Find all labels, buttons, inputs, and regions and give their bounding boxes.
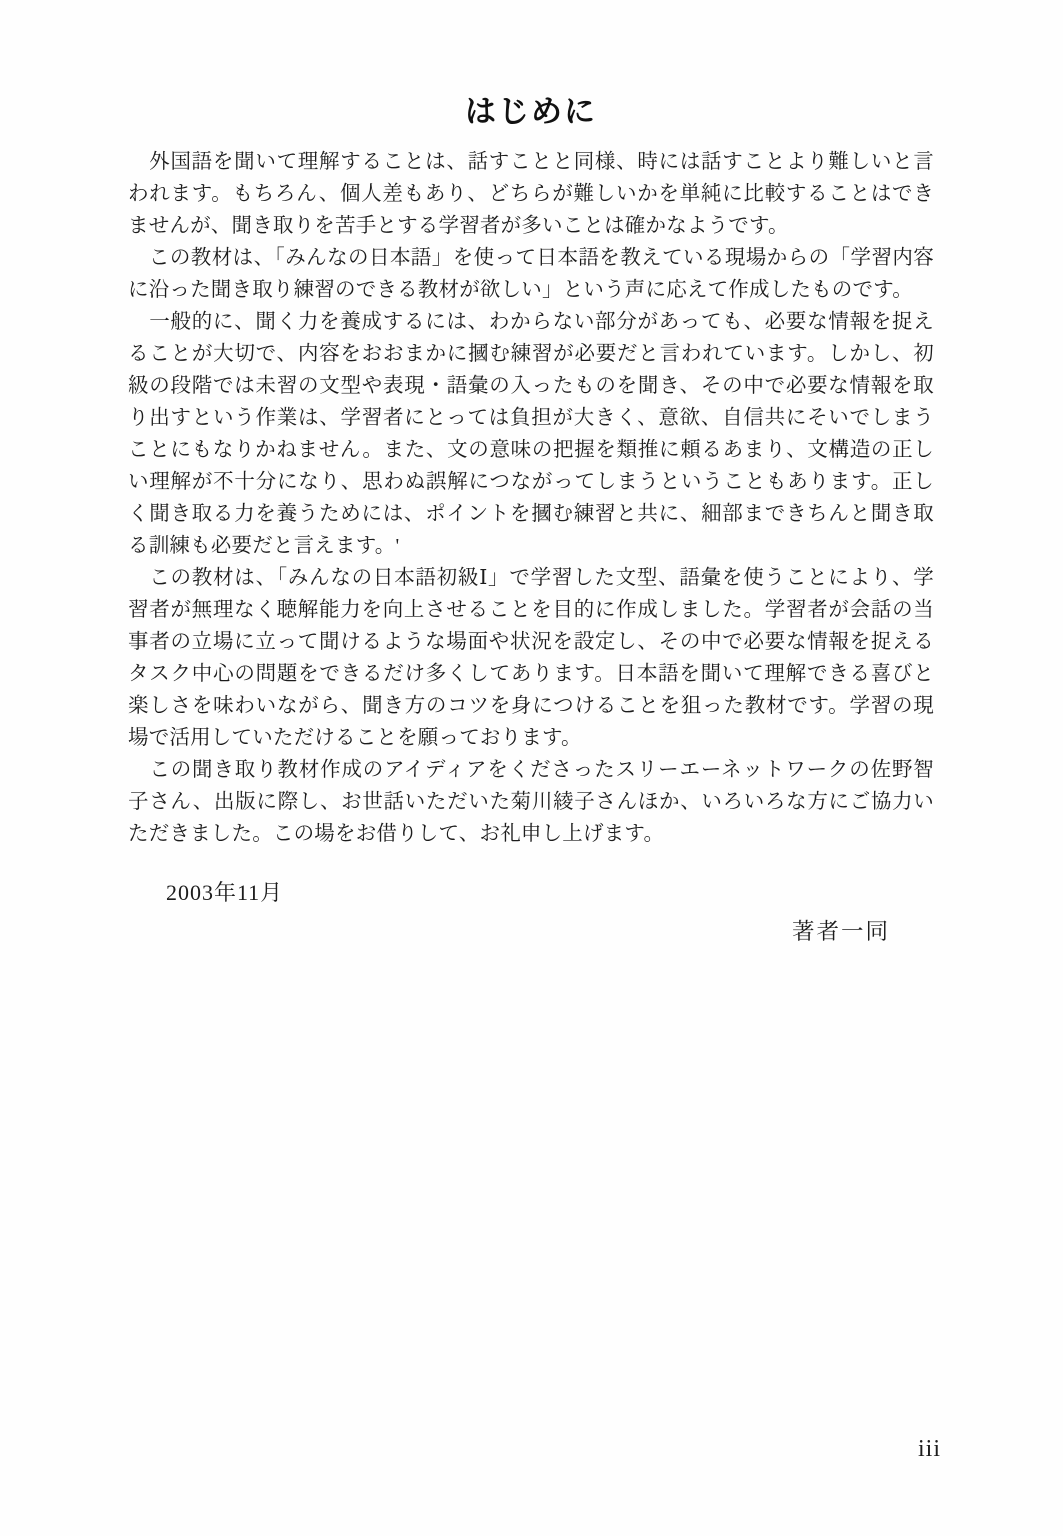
text-line: に沿った聞き取り練習のできる教材が欲しい」という声に応えて作成したものです。 [128,274,934,306]
text-line: タスク中心の問題をできるだけ多くしてあります。日本語を聞いて理解できる喜びと [128,658,934,690]
text-line: 楽しさを味わいながら、聞き方のコツを身につけることを狙った教材です。学習の現 [128,690,934,722]
text-line: 習者が無理なく聴解能力を向上させることを目的に作成しました。学習者が会話の当 [128,594,934,626]
text-line: ただきました。この場をお借りして、お礼申し上げます。 [128,818,934,850]
text-line: ませんが、聞き取りを苦手とする学習者が多いことは確かなようです。 [128,210,934,242]
preface-page: はじめに 外国語を聞いて理解することは、話すことと同様、時には話すことより難しい… [0,0,1063,1536]
text-line: この聞き取り教材作成のアイディアをくださったスリーエーネットワークの佐野智 [128,754,934,786]
text-line: る訓練も必要だと言えます。' [128,530,934,562]
text-line: ことにもなりかねません。また、文の意味の把握を類推に頼るあまり、文構造の正し [128,434,934,466]
text-line: 外国語を聞いて理解することは、話すことと同様、時には話すことより難しいと言 [128,146,934,178]
text-line: 一般的に、聞く力を養成するには、わからない部分があっても、必要な情報を捉え [128,306,934,338]
page-number: iii [918,1436,941,1463]
text-line: ることが大切で、内容をおおまかに摑む練習が必要だと言われています。しかし、初 [128,338,934,370]
text-line: い理解が不十分になり、思わぬ誤解につながってしまうということもあります。正し [128,466,934,498]
preface-body: 外国語を聞いて理解することは、話すことと同様、時には話すことより難しいと言われま… [128,146,934,850]
page-title: はじめに [128,86,934,131]
text-line: この教材は、「みんなの日本語初級Ⅰ」で学習した文型、語彙を使うことにより、学 [128,562,934,594]
text-line: り出すという作業は、学習者にとっては負担が大きく、意欲、自信共にそいでしまう [128,402,934,434]
text-line: この教材は、「みんなの日本語」を使って日本語を教えている現場からの「学習内容 [128,242,934,274]
text-line: 級の段階では未習の文型や表現・語彙の入ったものを聞き、その中で必要な情報を取 [128,370,934,402]
text-line: 子さん、出版に際し、お世話いただいた菊川綾子さんほか、いろいろな方にご協力い [128,786,934,818]
text-line: く聞き取る力を養うためには、ポイントを摑む練習と共に、細部まできちんと聞き取 [128,498,934,530]
author-signature: 著者一同 [792,914,890,946]
text-line: われます。もちろん、個人差もあり、どちらが難しいかを単純に比較することはでき [128,178,934,210]
publication-date: 2003年11月 [166,876,283,907]
text-line: 事者の立場に立って聞けるような場面や状況を設定し、その中で必要な情報を捉える [128,626,934,658]
text-line: 場で活用していただけることを願っております。 [128,722,934,754]
